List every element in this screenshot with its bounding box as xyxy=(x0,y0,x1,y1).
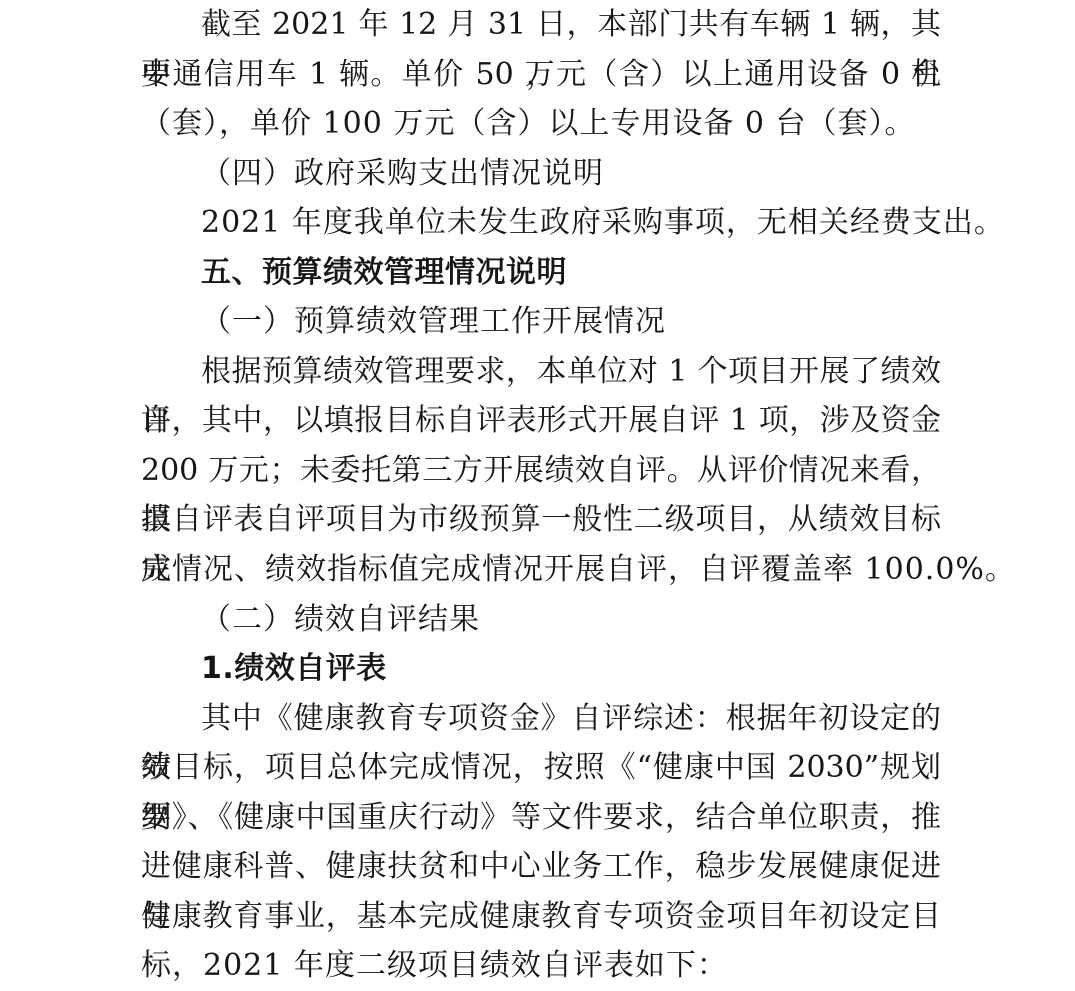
paragraph-line: 根据预算绩效管理要求，本单位对 1 个项目开展了绩效自 xyxy=(141,347,941,397)
paragraph-line: 要通信用车 1 辆。单价 50 万元（含）以上通用设备 0 台 xyxy=(141,50,941,100)
heading-gov-procurement: （四）政府采购支出情况说明 xyxy=(141,149,941,199)
paragraph-line: 2021 年度我单位未发生政府采购事项，无相关经费支出。 xyxy=(141,198,941,248)
paragraph-line: 评，其中，以填报目标自评表形式开展自评 1 项，涉及资金 xyxy=(141,396,941,446)
paragraph-line: 报自评表自评项目为市级预算一般性二级项目，从绩效目标完 xyxy=(141,495,941,545)
paragraph-line: 要》、《健康中国重庆行动》等文件要求，结合单位职责，推 xyxy=(141,793,941,843)
paragraph-line: 截至 2021 年 12 月 31 日，本部门共有车辆 1 辆，其中，机 xyxy=(141,0,941,50)
paragraph-line: 效目标，项目总体完成情况，按照《“健康中国 2030”规划纲 xyxy=(141,743,941,793)
heading-self-evaluation-results: （二）绩效自评结果 xyxy=(141,595,941,645)
heading-performance-management: 五、预算绩效管理情况说明 xyxy=(141,248,941,298)
paragraph-line: 200 万元；未委托第三方开展绩效自评。从评价情况来看，填 xyxy=(141,446,941,496)
heading-self-evaluation-table: 1.绩效自评表 xyxy=(141,644,941,694)
document-page: 截至 2021 年 12 月 31 日，本部门共有车辆 1 辆，其中，机 要通信… xyxy=(0,0,1075,991)
paragraph-line: 健康教育事业，基本完成健康教育专项资金项目年初设定目 xyxy=(141,892,941,942)
paragraph-line: 成情况、绩效指标值完成情况开展自评，自评覆盖率 100.0%。 xyxy=(141,545,941,595)
paragraph-line: 标，2021 年度二级项目绩效自评表如下： xyxy=(141,941,941,991)
paragraph-line: 进健康科普、健康扶贫和中心业务工作，稳步发展健康促进与 xyxy=(141,842,941,892)
paragraph-line: （套），单价 100 万元（含）以上专用设备 0 台（套）。 xyxy=(141,99,941,149)
document-text-block: 截至 2021 年 12 月 31 日，本部门共有车辆 1 辆，其中，机 要通信… xyxy=(141,0,941,991)
heading-performance-work: （一）预算绩效管理工作开展情况 xyxy=(141,297,941,347)
paragraph-line: 其中《健康教育专项资金》自评综述：根据年初设定的绩 xyxy=(141,694,941,744)
